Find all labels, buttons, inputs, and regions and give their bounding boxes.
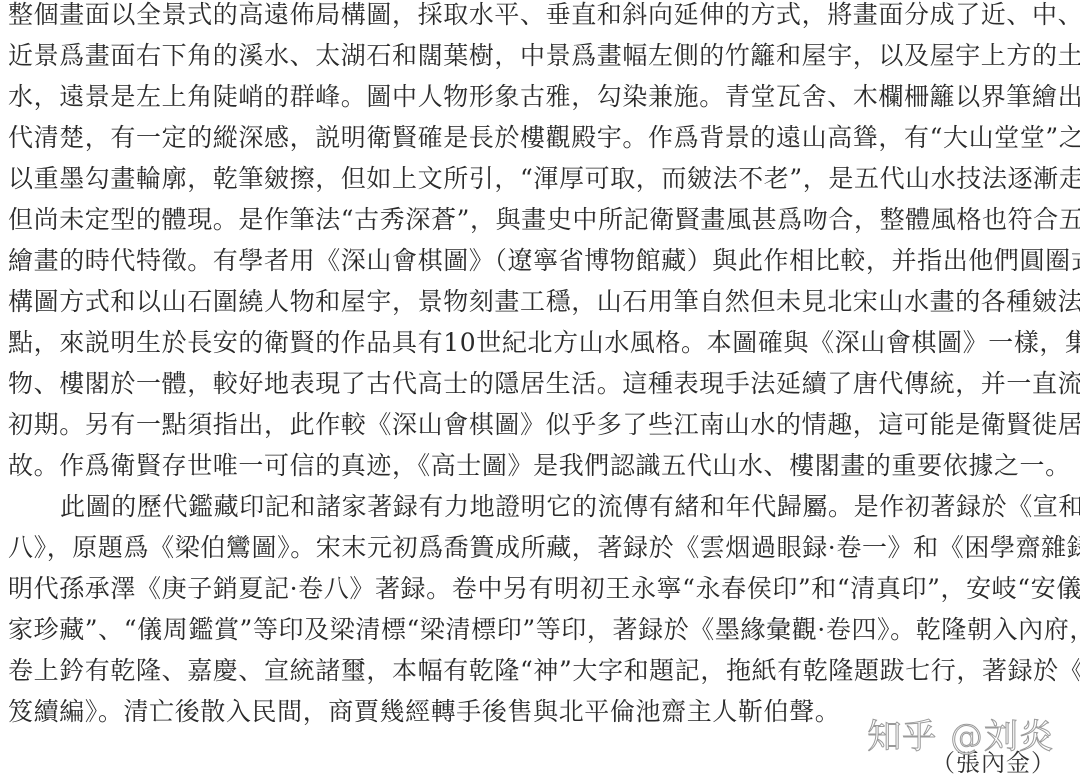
text-line: 物、樓閣於一體，較好地表現了古代高士的隱居生活。這種表現手法延續了唐代傳統，并一… <box>8 369 1072 410</box>
text-line: 點，來説明生於長安的衛賢的作品具有10世紀北方山水風格。本圖確與《深山會棋圖》一… <box>8 328 1072 369</box>
text-line: 故。作爲衛賢存世唯一可信的真迹，《高士圖》是我們認識五代山水、樓閣畫的重要依據之… <box>8 451 1072 492</box>
paragraph-analysis: 整個畫面以全景式的高遠佈局構圖，採取水平、垂直和斜向延伸的方式，將畫面分成了近、… <box>8 0 1072 492</box>
text-line: 水，遠景是左上角陡峭的群峰。圖中人物形象古雅，勾染兼施。青堂瓦舍、木欄柵籬以界筆… <box>8 82 1072 123</box>
text-line: 整個畫面以全景式的高遠佈局構圖，採取水平、垂直和斜向延伸的方式，將畫面分成了近、… <box>8 0 1072 41</box>
text-line: 但尚未定型的體現。是作筆法“古秀深蒼”，與畫史中所記衛賢畫風甚爲吻合，整體風格也… <box>8 205 1072 246</box>
text-line: 此圖的歷代鑑藏印記和諸家著録有力地證明它的流傳有緒和年代歸屬。是作初著録於《宣和… <box>8 492 1072 533</box>
text-line: 初期。另有一點須指出，此作較《深山會棋圖》似乎多了些江南山水的情趣，這可能是衛賢… <box>8 410 1072 451</box>
text-line: 以重墨勾畫輪廓，乾筆皴擦，但如上文所引，“渾厚可取，而皴法不老”，是五代山水技法… <box>8 164 1072 205</box>
text-line: 繪畫的時代特徵。有學者用《深山會棋圖》（遼寧省博物館藏）與此作相比較，并指出他們… <box>8 246 1072 287</box>
text-line: 代清楚，有一定的縱深感，説明衛賢確是長於樓觀殿宇。作爲背景的遠山高聳，有“大山堂… <box>8 123 1072 164</box>
text-line: 八》，原題爲《梁伯鸞圖》。宋末元初爲喬簣成所藏，著録於《雲烟過眼録·卷一》和《困… <box>8 533 1072 574</box>
text-line: 卷上鈐有乾隆、嘉慶、宣統諸璽，本幅有乾隆“神”大字和題記，拖紙有乾隆題跋七行，著… <box>8 656 1072 697</box>
text-line: 家珍藏”、“儀周鑑賞”等印及梁清標“梁清標印”等印，著録於《墨緣彙觀·卷四》。乾… <box>8 615 1072 656</box>
paragraph-provenance: 此圖的歷代鑑藏印記和諸家著録有力地證明它的流傳有緒和年代歸屬。是作初著録於《宣和… <box>8 492 1072 738</box>
document-page: 整個畫面以全景式的高遠佈局構圖，採取水平、垂直和斜向延伸的方式，將畫面分成了近、… <box>8 0 1072 738</box>
text-line: 構圖方式和以山石圍繞人物和屋宇，景物刻畫工穩，山石用筆自然但未見北宋山水畫的各種… <box>8 287 1072 328</box>
text-line: 明代孫承澤《庚子銷夏記·卷八》著録。卷中另有明初王永寧“永春侯印”和“清真印”，… <box>8 574 1072 615</box>
text-line: 近景爲畫面右下角的溪水、太湖石和闊葉樹，中景爲畫幅左側的竹籬和屋宇，以及屋宇上方… <box>8 41 1072 82</box>
zhihu-watermark: 知乎 @刘炎 <box>867 717 1054 757</box>
